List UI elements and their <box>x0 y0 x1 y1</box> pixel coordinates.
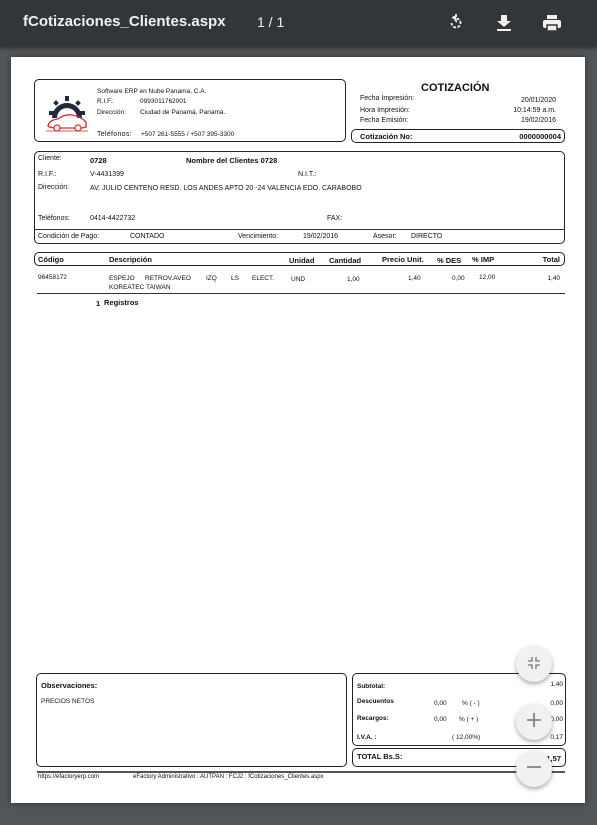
col-unit: Unidad <box>289 256 314 265</box>
iva-label: I.V.A. : <box>357 734 377 741</box>
item-desc-1: ESPEJO <box>109 275 135 282</box>
print-date-label: Fecha Impresión: <box>360 95 414 102</box>
client-label: Cliente: <box>38 155 62 162</box>
pdf-page: Software ERP en Nube Panama, C.A. R.I.F.… <box>11 57 585 803</box>
discounts-value: 0,00 <box>550 700 563 707</box>
company-rif-label: R.I.F.: <box>97 98 114 105</box>
rotate-icon[interactable] <box>444 11 468 35</box>
item-desc-4: LS <box>231 275 239 282</box>
zoom-out-icon <box>526 759 542 779</box>
quote-number-label: Cotización No: <box>360 132 413 141</box>
item-tax: 12,00 <box>479 274 495 281</box>
quote-number: 0000000004 <box>519 132 561 141</box>
client-phones-label: Teléfonos: <box>38 215 70 222</box>
client-name: Nombre del Clientes 0728 <box>186 156 277 165</box>
client-address-label: Dirección: <box>38 184 69 191</box>
item-desc-2: RETROV.AVEO <box>145 275 191 282</box>
zoom-out-button[interactable] <box>516 751 552 787</box>
item-price: 1,40 <box>408 275 421 282</box>
surcharges-value: 0,00 <box>550 716 563 723</box>
issue-date: 19/02/2016 <box>521 117 556 124</box>
col-unit-price: Precio Unit. <box>382 255 424 264</box>
company-phones: +507 261-5555 / +507 395-3300 <box>141 131 234 138</box>
discounts-label: Descuentos <box>357 698 394 705</box>
item-qty: 1,00 <box>347 276 360 283</box>
document-type-title: COTIZACIÓN <box>421 82 489 94</box>
company-address-label: Dirección: <box>97 109 126 116</box>
divider <box>35 229 564 230</box>
observations-text: PRECIOS NETOS <box>41 698 94 705</box>
footer-path: eFactory Administrativo : AUTPAN : FCJ2 … <box>133 774 324 780</box>
zoom-in-button[interactable] <box>516 704 552 740</box>
subtotal-label: Subtotal: <box>357 683 385 690</box>
col-total: Total <box>543 255 560 264</box>
observations-label: Observaciones: <box>41 681 97 690</box>
company-name: Software ERP en Nube Panama, C.A. <box>97 88 206 95</box>
fit-page-button[interactable] <box>516 646 552 682</box>
client-box <box>34 151 565 244</box>
advisor-label: Asesor: <box>373 233 397 240</box>
print-time-label: Hora Impresión: <box>360 107 410 114</box>
grand-total-label: TOTAL Bs.S: <box>357 752 402 761</box>
surcharges-sign: % ( + ) <box>459 716 478 723</box>
payment-label: Condición de Pago: <box>38 233 99 240</box>
company-address: Ciudad de Panamá, Panamá. <box>140 109 225 116</box>
client-rif-label: R.I.F.: <box>38 171 56 178</box>
fit-page-icon <box>527 655 541 674</box>
subtotal-value: 1,40 <box>550 681 563 688</box>
col-description: Descripción <box>109 255 152 264</box>
company-rif: 0993011762001 <box>140 98 187 105</box>
issue-date-label: Fecha Emisión: <box>360 117 408 124</box>
item-desc-line2: KOREATEC TAIWAN <box>109 284 171 291</box>
iva-pct: ( 12,00%) <box>452 734 480 741</box>
divider <box>37 293 565 294</box>
record-count-label: Registros <box>104 298 139 307</box>
item-desc-5: ELECT. <box>252 275 274 282</box>
discounts-pct: 0,00 <box>434 700 447 707</box>
client-nit-label: N.I.T.: <box>298 171 316 178</box>
surcharges-pct: 0,00 <box>434 716 447 723</box>
zoom-in-icon <box>526 712 542 732</box>
page-indicator: 1 / 1 <box>257 14 284 30</box>
item-unit: UND <box>291 276 305 283</box>
company-logo <box>44 92 90 134</box>
discounts-sign: % ( - ) <box>462 700 480 707</box>
item-code: 96458172 <box>38 274 67 281</box>
footer-url: https://efactoryerp.com <box>38 774 99 780</box>
download-icon[interactable] <box>492 11 516 35</box>
item-total: 1,40 <box>547 275 560 282</box>
client-address: AV. JULIO CENTENO RESD. LOS ANDES APTO 2… <box>90 185 362 192</box>
col-tax: % IMP <box>472 255 494 264</box>
pdf-toolbar: fCotizaciones_Clientes.aspx 1 / 1 <box>0 0 597 46</box>
item-desc-3: IZQ <box>206 275 217 282</box>
print-time: 10:14:59 a.m. <box>513 107 556 114</box>
print-date: 20/01/2020 <box>521 97 556 104</box>
item-discount: 0,00 <box>452 275 465 282</box>
due-value: 19/02/2016 <box>303 233 338 240</box>
client-fax-label: FAX: <box>327 215 342 222</box>
document-title: fCotizaciones_Clientes.aspx <box>23 13 226 30</box>
due-label: Vencimiento: <box>238 233 278 240</box>
advisor-value: DIRECTO <box>411 233 442 240</box>
surcharges-label: Recargos: <box>357 715 389 722</box>
record-count: 1 <box>96 299 100 308</box>
iva-value: 0,17 <box>550 734 563 741</box>
print-icon[interactable] <box>540 11 564 35</box>
client-code: 0728 <box>90 156 107 165</box>
divider <box>37 771 565 773</box>
company-phones-label: Teléfonos: <box>97 131 132 138</box>
col-quantity: Cantidad <box>329 256 361 265</box>
payment-value: CONTADO <box>130 233 164 240</box>
col-code: Código <box>38 255 64 264</box>
client-phones: 0414-4422732 <box>90 215 135 222</box>
client-rif: V-4431399 <box>90 171 124 178</box>
col-discount: % DES <box>437 256 461 265</box>
